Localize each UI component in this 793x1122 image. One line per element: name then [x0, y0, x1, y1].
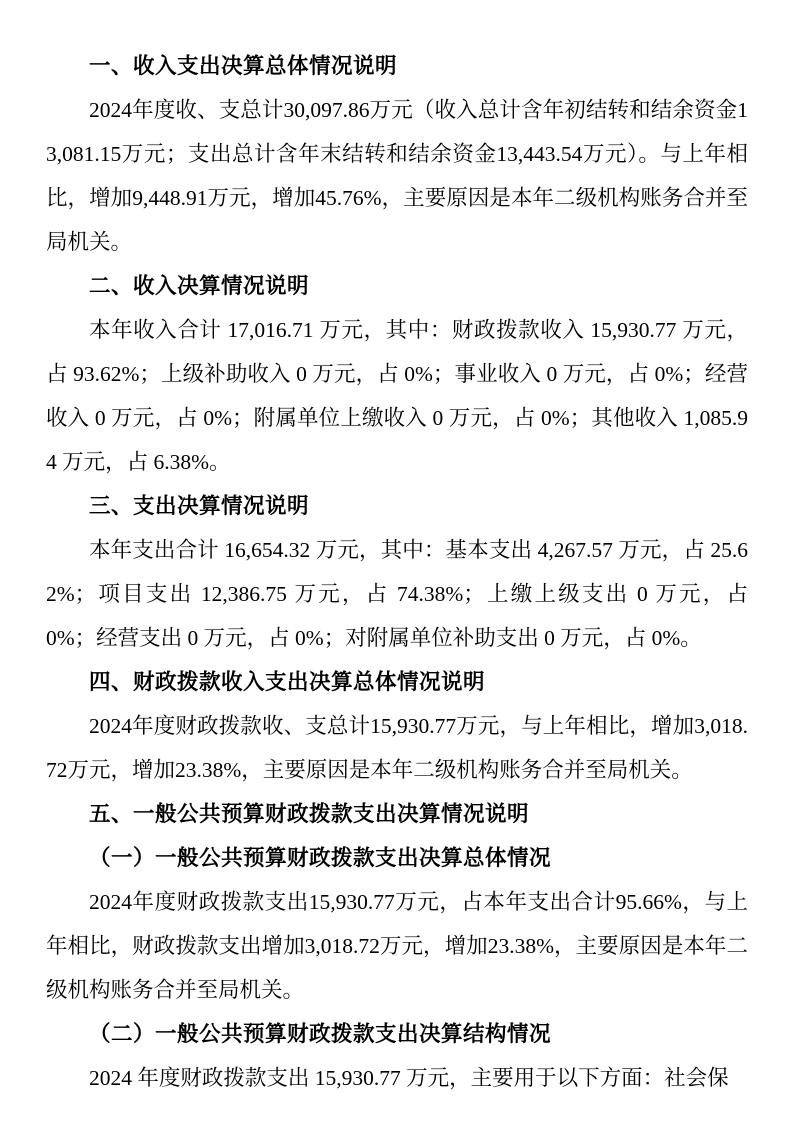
subheading-general-budget-overall: （一）一般公共预算财政拨款支出决算总体情况 — [46, 836, 748, 880]
heading-revenue-accounts: 二、收入决算情况说明 — [46, 264, 748, 308]
subheading-general-budget-structure: （二）一般公共预算财政拨款支出决算结构情况 — [46, 1012, 748, 1056]
paragraph-revenue-expenditure-overview: 2024年度收、支总计30,097.86万元（收入总计含年初结转和结余资金13,… — [46, 88, 748, 264]
paragraph-expenditure-accounts: 本年支出合计 16,654.32 万元，其中：基本支出 4,267.57 万元，… — [46, 528, 748, 660]
paragraph-revenue-accounts: 本年收入合计 17,016.71 万元，其中：财政拨款收入 15,930.77 … — [46, 308, 748, 484]
document-page: 一、收入支出决算总体情况说明 2024年度收、支总计30,097.86万元（收入… — [0, 0, 793, 1122]
paragraph-fiscal-appropriation-overview: 2024年度财政拨款收、支总计15,930.77万元，与上年相比，增加3,018… — [46, 704, 748, 792]
paragraph-general-budget-structure: 2024 年度财政拨款支出 15,930.77 万元，主要用于以下方面：社会保 — [46, 1056, 748, 1100]
paragraph-general-budget-overall: 2024年度财政拨款支出15,930.77万元，占本年支出合计95.66%，与上… — [46, 880, 748, 1012]
heading-expenditure-accounts: 三、支出决算情况说明 — [46, 484, 748, 528]
heading-revenue-expenditure-overview: 一、收入支出决算总体情况说明 — [46, 44, 748, 88]
heading-general-public-budget-expenditure: 五、一般公共预算财政拨款支出决算情况说明 — [46, 792, 748, 836]
heading-fiscal-appropriation-overview: 四、财政拨款收入支出决算总体情况说明 — [46, 660, 748, 704]
